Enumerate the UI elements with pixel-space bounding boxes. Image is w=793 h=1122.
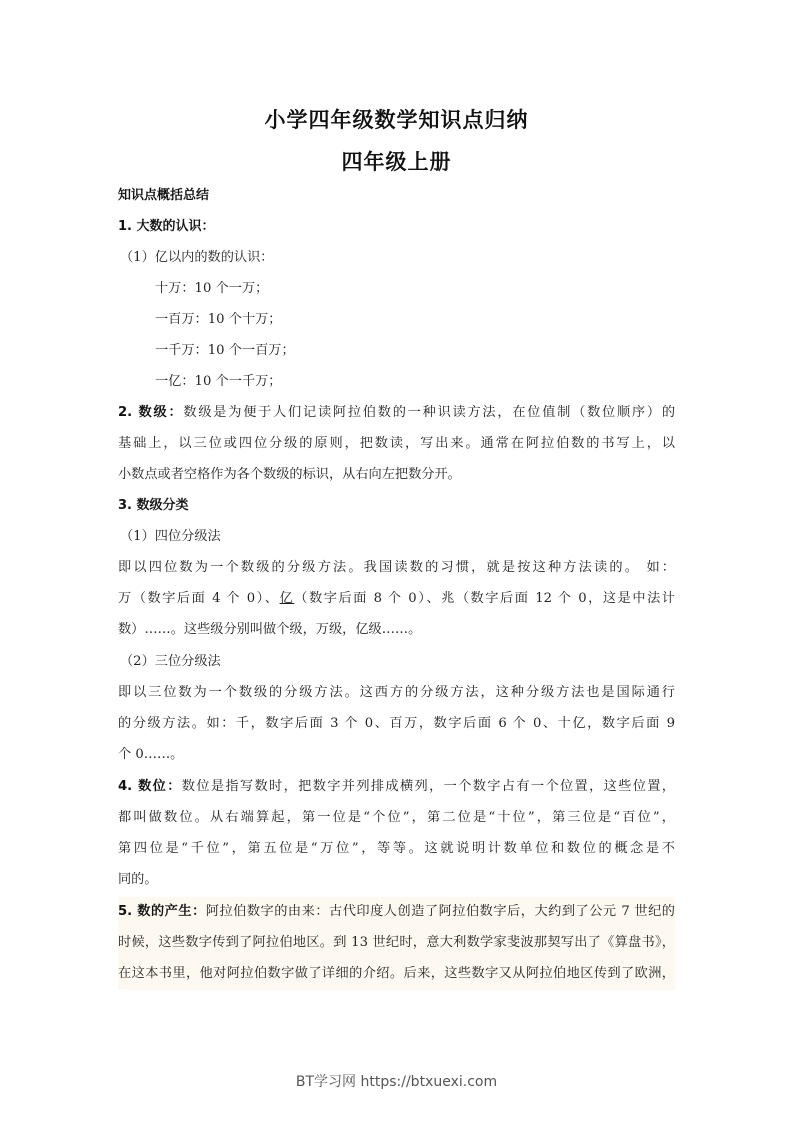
- section-5-paragraph-line: 在这本书里，他对阿拉伯数字做了详细的介绍。后来，这些数字又从阿拉伯地区传到了欧洲…: [118, 964, 675, 984]
- section-1-subheading: （1）亿以内的数的认识：: [120, 248, 273, 268]
- list-item: 十万：10 个一万；: [155, 279, 268, 299]
- document-title: 小学四年级数学知识点归纳: [0, 104, 793, 134]
- section-3-sub2-line: 个 0……。: [118, 745, 183, 765]
- document-subtitle: 四年级上册: [0, 146, 793, 176]
- section-3-sub2-line: 的分级方法。如：千，数字后面 3 个 0、百万，数字后面 6 个 0、十亿，数字…: [118, 714, 675, 734]
- section-2-term: 2. 数级：: [118, 405, 183, 420]
- section-5-paragraph-line: 5. 数的产生：阿拉伯数字的由来：古代印度人创造了阿拉伯数字后，大约到了公元 7…: [118, 902, 675, 922]
- section-3-sub1-line: 即以四位数为一个数级的分级方法。我国读数的习惯，就是按这种方法读的。 如：: [118, 558, 675, 578]
- section-3-sub1-title: （1）四位分级法: [120, 527, 221, 547]
- section-2-paragraph-line: 基础上，以三位或四位分级的原则，把数读，写出来。通常在阿拉伯数的书写上，以: [118, 434, 675, 454]
- section-4-paragraph-line: 同的。: [118, 870, 158, 890]
- list-item: 一百万：10 个十万；: [155, 310, 281, 330]
- underlined-term: 亿: [280, 591, 295, 606]
- section-2-paragraph-line: 2. 数级：数级是为便于人们记读阿拉伯数的一种识读方法，在位值制（数位顺序）的: [118, 403, 675, 423]
- section-3-sub2-title: （2）三位分级法: [120, 652, 221, 672]
- section-4-term: 4. 数位：: [118, 779, 182, 794]
- section-1-heading: 1. 大数的认识：: [118, 217, 215, 237]
- section-3-sub2-line: 即以三位数为一个数级的分级方法。这西方的分级方法，这种分级方法也是国际通行: [118, 683, 675, 703]
- document-page: 小学四年级数学知识点归纳 四年级上册 知识点概括总结 1. 大数的认识： （1）…: [0, 0, 793, 1122]
- section-4-paragraph-line: 4. 数位：数位是指写数时，把数字并列排成横列，一个数字占有一个位置，这些位置，: [118, 777, 675, 797]
- list-item: 一千万：10 个一百万；: [155, 341, 295, 361]
- section-3-sub1-line: 数）……。这些级分别叫做个级，万级，亿级……。: [118, 620, 421, 640]
- summary-heading: 知识点概括总结: [118, 186, 209, 206]
- section-3-sub1-line: 万（数字后面 4 个 0）、亿（数字后面 8 个 0）、兆（数字后面 12 个 …: [118, 589, 675, 609]
- footer-watermark: BT学习网 https://btxuexi.com: [0, 1071, 793, 1091]
- list-item: 一亿：10 个一千万；: [155, 372, 281, 392]
- section-4-paragraph-line: 第四位是“千位”，第五位是“万位”，等等。这就说明计数单位和数位的概念是不: [118, 839, 675, 859]
- section-5-paragraph-line: 时候，这些数字传到了阿拉伯地区。到 13 世纪时，意大利数学家斐波那契写出了《算…: [118, 933, 675, 953]
- section-5-term: 5. 数的产生：: [118, 904, 206, 919]
- section-4-paragraph-line: 都叫做数位。从右端算起，第一位是“个位”，第二位是“十位”，第三位是“百位”，: [118, 808, 675, 828]
- section-3-heading: 3. 数级分类: [118, 496, 189, 516]
- section-2-paragraph-line: 小数点或者空格作为各个数级的标识，从右向左把数分开。: [118, 465, 461, 485]
